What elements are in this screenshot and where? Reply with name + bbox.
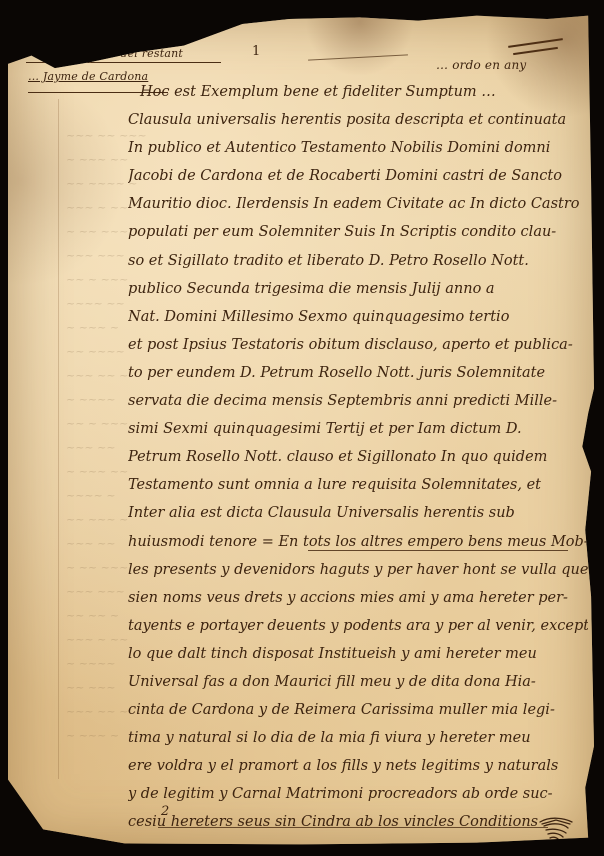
manuscript-body: Hoc est Exemplum bene et fideliter Sumpt… — [128, 78, 588, 837]
text-line: y de legitim y Carnal Matrimoni procread… — [128, 780, 588, 808]
clause-underline — [308, 550, 568, 551]
margin-fold-line — [58, 99, 59, 779]
notarial-flourish-icon — [536, 814, 576, 854]
text-line: cinta de Cardona y de Reimera Carissima … — [128, 696, 588, 724]
header-underline-1 — [26, 62, 221, 63]
text-line: publico Secunda trigesima die mensis Jul… — [128, 275, 588, 303]
document-scene: ~~~ ~~ ~~~~ ~~~ ~~~~ ~~~~ ~~~~ ~ ~~ ~ ~~… — [0, 0, 604, 856]
footer-rule — [158, 827, 548, 828]
text-line: tayents e portayer deuents y podents ara… — [128, 612, 588, 640]
header-top-right: … ordo en any — [436, 58, 526, 72]
text-line: simi Sexmi quinquagesimi Tertij et per I… — [128, 415, 588, 443]
text-line: Nat. Domini Millesimo Sexmo quinquagesim… — [128, 303, 588, 331]
text-line: tima y natural si lo dia de la mia fi vi… — [128, 724, 588, 752]
manuscript-page: ~~~ ~~ ~~~~ ~~~ ~~~~ ~~~~ ~~~~ ~ ~~ ~ ~~… — [8, 14, 594, 846]
catchword: 2 — [161, 804, 169, 819]
text-line: cesiu hereters seus sin Cindra ab los vi… — [128, 808, 588, 836]
text-line: Jacobi de Cardona et de Rocaberti Domini… — [128, 162, 588, 190]
text-line: populati per eum Solemniter Suis In Scri… — [128, 218, 588, 246]
text-line: to per eundem D. Petrum Rosello Nott. ju… — [128, 359, 588, 387]
text-line: ere voldra y el pramort a los fills y ne… — [128, 752, 588, 780]
decorative-stroke — [308, 54, 408, 60]
text-line: huiusmodi tenore = En tots los altres em… — [128, 528, 588, 556]
text-line: Clausula universalis herentis posita des… — [128, 106, 588, 134]
text-line: sien noms veus drets y accions mies ami … — [128, 584, 588, 612]
page-number: 1 — [252, 44, 260, 59]
decorative-stroke — [513, 47, 558, 55]
text-line: Universal fas a don Maurici fill meu y d… — [128, 668, 588, 696]
text-line: Mauritio dioc. Ilerdensis In eadem Civit… — [128, 190, 588, 218]
text-line: Inter alia est dicta Clausula Universali… — [128, 499, 588, 527]
text-line: Petrum Rosello Nott. clauso et Sigillona… — [128, 443, 588, 471]
text-line: servata die decima mensis Septembris ann… — [128, 387, 588, 415]
text-line: Testamento sunt omnia a lure requisita S… — [128, 471, 588, 499]
text-line: Hoc est Exemplum bene et fideliter Sumpt… — [128, 78, 588, 106]
text-line: et post Ipsius Testatoris obitum disclau… — [128, 331, 588, 359]
text-line: In publico et Autentico Testamento Nobil… — [128, 134, 588, 162]
text-line: so et Sigillato tradito et liberato D. P… — [128, 247, 588, 275]
header-top-left: … de la Part del restant — [46, 47, 183, 60]
text-line: les presents y devenidors haguts y per h… — [128, 556, 588, 584]
text-line: lo que dalt tinch disposat Institueish y… — [128, 640, 588, 668]
